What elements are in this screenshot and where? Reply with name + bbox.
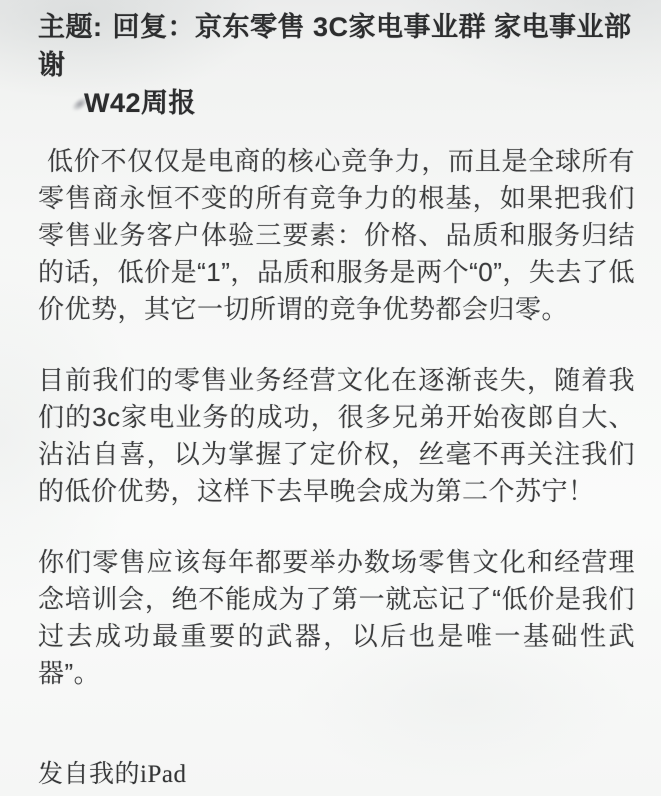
subject-line-2: W42周报 xyxy=(72,84,635,122)
email-subject: 主题:回复：京东零售 3C家电事业群 家电事业部谢 W42周报 xyxy=(38,8,635,122)
email-message-body: 低价不仅仅是电商的核心竞争力，而且是全球所有零售商永恒不变的所有竞争力的根基，如… xyxy=(38,143,635,692)
signature: 发自我的iPad xyxy=(38,754,635,790)
email-body-page: 主题:回复：京东零售 3C家电事业群 家电事业部谢 W42周报 低价不仅仅是电商… xyxy=(0,0,661,796)
subject-text: 回复：京东零售 3C家电事业群 家电事业部谢 xyxy=(38,12,632,80)
subject-text-continued: W42周报 xyxy=(84,88,196,118)
paragraph-training-advice: 你们零售应该每年都要举办数场零售文化和经营理念培训会，绝不能成为了第一就忘记了“… xyxy=(38,544,635,692)
subject-label: 主题: xyxy=(38,12,103,42)
paragraph-low-price-foundation: 低价不仅仅是电商的核心竞争力，而且是全球所有零售商永恒不变的所有竞争力的根基，如… xyxy=(38,143,635,328)
subject-line-1: 主题:回复：京东零售 3C家电事业群 家电事业部谢 xyxy=(38,8,635,84)
paragraph-culture-loss: 目前我们的零售业务经营文化在逐渐丧失，随着我们的3c家电业务的成功，很多兄弟开始… xyxy=(38,362,635,510)
